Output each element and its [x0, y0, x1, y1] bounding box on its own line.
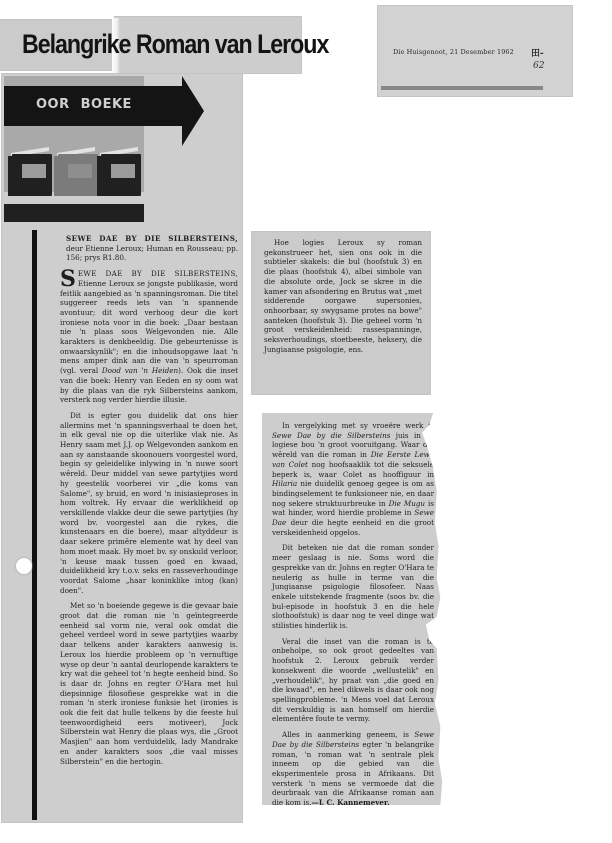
- publication-date: Die Huisgenoot, 21 Desember 1962: [393, 48, 514, 56]
- review-column-left: OOR BOEKE SEWE DAE BY DIE SILBERSTEINS, …: [2, 74, 242, 822]
- divider-bar: [381, 86, 543, 90]
- review-header: SEWE DAE BY DIE SILBERSTEINS, deur Etien…: [60, 234, 238, 263]
- punch-hole: [16, 558, 32, 574]
- book-details: deur Etienne Leroux; Human en Rousseau; …: [66, 244, 238, 263]
- review-column-middle-bottom: In vergelyking met sy vroeëre werk is Se…: [262, 413, 444, 805]
- arrow-right-icon: [182, 76, 204, 146]
- paragraph: SEWE DAE BY DIE SILBERSTEINS, Etienne Le…: [60, 269, 238, 405]
- paragraph: Dit is egter gou duidelik dat ons hier a…: [60, 411, 238, 595]
- section-label: OOR BOEKE: [36, 97, 132, 112]
- review-text-left: SEWE DAE BY DIE SILBERSTEINS, deur Etien…: [60, 234, 238, 772]
- review-column-middle-top: Hoe logies Leroux sy roman gekonstrueer …: [252, 232, 430, 394]
- paragraph: Hoe logies Leroux sy roman gekonstrueer …: [264, 238, 422, 354]
- paragraph: Alles in aanmerking geneem, is Sewe Dae …: [272, 730, 434, 808]
- paragraph: Veral die inset van die roman is te onbe…: [272, 637, 434, 724]
- author-signature: —J. C. Kannemeyer.: [312, 798, 390, 807]
- banner-under-bar: [4, 204, 144, 222]
- vertical-rule: [32, 230, 37, 820]
- dropcap: S: [60, 270, 76, 288]
- books-icon: [97, 150, 141, 196]
- books-icon: [54, 150, 98, 196]
- paragraph: In vergelyking met sy vroeëre werk is Se…: [272, 421, 434, 537]
- headline: Belangrike Roman van Leroux: [22, 29, 328, 60]
- paragraph: Dit beteken nie dat die roman sonder mee…: [272, 543, 434, 630]
- review-text-middle-bottom: In vergelyking met sy vroeëre werk is Se…: [272, 421, 434, 814]
- source-clipping: Die Huisgenoot, 21 Desember 1962 田- 62: [378, 6, 572, 96]
- book-title: SEWE DAE BY DIE SILBERSTEINS,: [66, 234, 238, 243]
- books-icon: [8, 150, 52, 196]
- review-text-middle-top: Hoe logies Leroux sy roman gekonstrueer …: [264, 238, 422, 360]
- archive-mark: 田-: [531, 46, 544, 59]
- handwritten-number: 62: [533, 61, 544, 71]
- paragraph: Met so 'n boeiende gegewe is die gevaar …: [60, 601, 238, 766]
